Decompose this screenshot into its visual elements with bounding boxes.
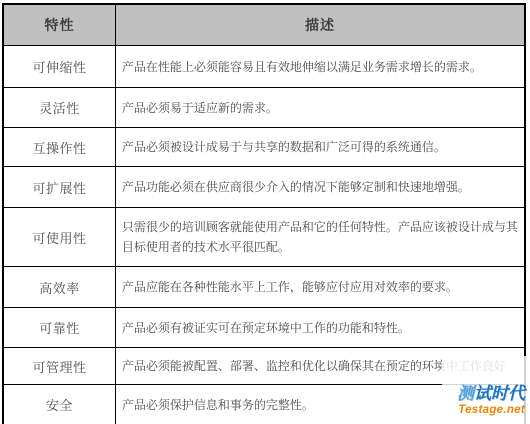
description-cell: 产品在性能上必须能容易且有效地伸缩以满足业务需求增长的需求。 — [115, 46, 525, 88]
watermark-logo-en: Testage.net — [458, 404, 525, 417]
watermark: 测试时代 Testage.net — [442, 356, 530, 424]
feature-cell: 可扩展性 — [3, 167, 115, 208]
feature-cell: 安全 — [3, 385, 115, 424]
table-row: 可伸缩性 产品在性能上必须能容易且有效地伸缩以满足业务需求增长的需求。 — [3, 46, 525, 88]
feature-cell: 可使用性 — [3, 208, 115, 267]
column-header-feature: 特性 — [3, 4, 115, 46]
feature-cell: 可管理性 — [3, 348, 115, 385]
description-cell: 产品必须被设计成易于与共享的数据和广泛可得的系统通信。 — [115, 128, 525, 167]
description-cell: 只需很少的培训顾客就能使用产品和它的任何特性。产品应该被设计成与其 目标使用者的… — [115, 208, 525, 267]
feature-cell: 可伸缩性 — [3, 46, 115, 88]
column-header-description: 描述 — [115, 4, 525, 46]
feature-cell: 可靠性 — [3, 308, 115, 348]
feature-cell: 灵活性 — [3, 88, 115, 128]
table-row: 可使用性 只需很少的培训顾客就能使用产品和它的任何特性。产品应该被设计成与其 目… — [3, 208, 525, 267]
description-cell: 产品必须有被证实可在预定环境中工作的功能和特性。 — [115, 308, 525, 348]
description-cell: 产品功能必须在供应商很少介入的情况下能够定制和快速地增强。 — [115, 167, 525, 208]
table-header-row: 特性 描述 — [3, 4, 525, 46]
table-row: 灵活性 产品必须易于适应新的需求。 — [3, 88, 525, 128]
watermark-logo-cn: 测试时代 — [457, 384, 525, 404]
description-cell: 产品应能在各种性能水平上工作，能够应付应用对效率的要求。 — [115, 267, 525, 308]
feature-cell: 互操作性 — [3, 128, 115, 167]
table-row: 可靠性 产品必须有被证实可在预定环境中工作的功能和特性。 — [3, 308, 525, 348]
table-row: 高效率 产品应能在各种性能水平上工作，能够应付应用对效率的要求。 — [3, 267, 525, 308]
description-cell: 产品必须易于适应新的需求。 — [115, 88, 525, 128]
table-row: 互操作性 产品必须被设计成易于与共享的数据和广泛可得的系统通信。 — [3, 128, 525, 167]
page: 特性 描述 可伸缩性 产品在性能上必须能容易且有效地伸缩以满足业务需求增长的需求… — [0, 0, 530, 424]
table-row: 可扩展性 产品功能必须在供应商很少介入的情况下能够定制和快速地增强。 — [3, 167, 525, 208]
feature-cell: 高效率 — [3, 267, 115, 308]
